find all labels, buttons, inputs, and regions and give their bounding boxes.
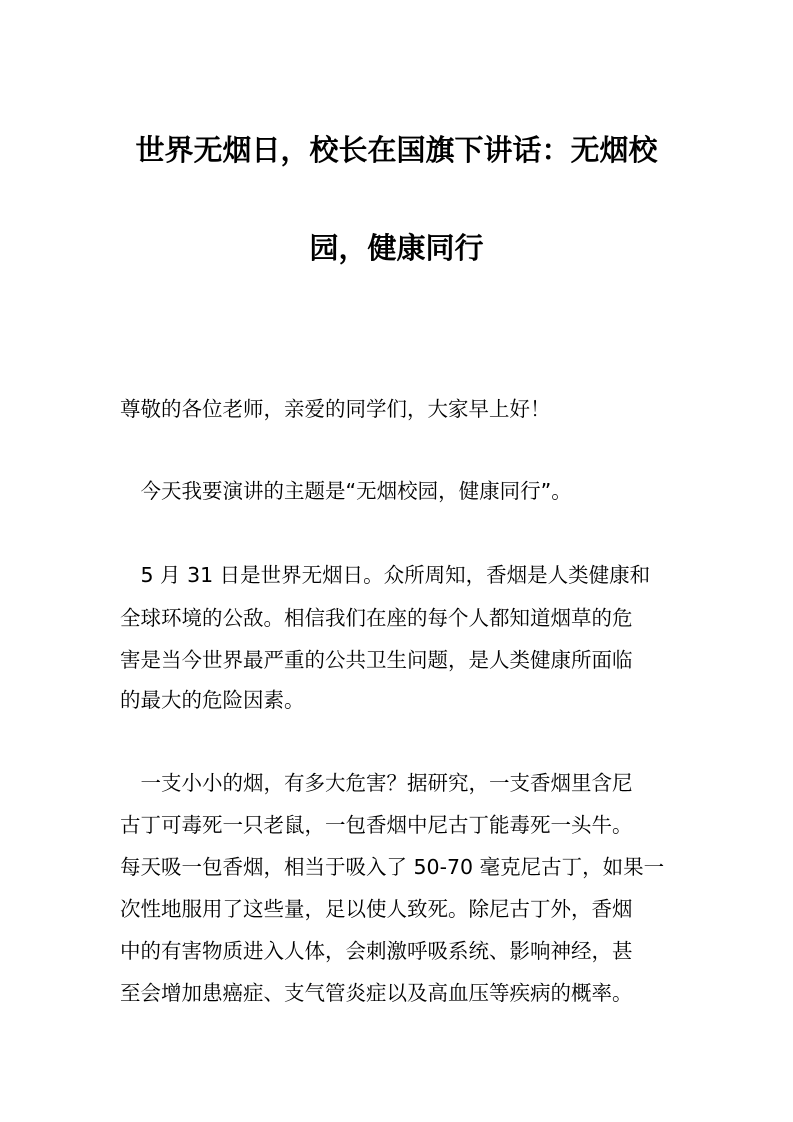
document-title-line-2: 园，健康同行 — [0, 228, 793, 268]
paragraph-4-line-2: 古丁可毒死一只老鼠，一包香烟中尼古丁能毒死一头牛。 — [120, 811, 680, 839]
document-page: 世界无烟日，校长在国旗下讲话：无烟校 园，健康同行 尊敬的各位老师，亲爱的同学们… — [0, 0, 793, 1122]
paragraph-4-line-4: 次性地服用了这些量，足以使人致死。除尼古丁外，香烟 — [120, 895, 680, 923]
greeting-paragraph: 尊敬的各位老师，亲爱的同学们，大家早上好！ — [120, 395, 680, 423]
paragraph-3-line-4: 的最大的危险因素。 — [120, 686, 680, 714]
paragraph-4-line-1: 一支小小的烟，有多大危害？据研究，一支香烟里含尼 — [120, 769, 680, 797]
paragraph-4-line-3: 每天吸一包香烟，相当于吸入了 50-70 毫克尼古丁，如果一 — [120, 853, 680, 881]
paragraph-4-line-5: 中的有害物质进入人体，会刺激呼吸系统、影响神经，甚 — [120, 937, 680, 965]
paragraph-3-line-3: 害是当今世界最严重的公共卫生问题，是人类健康所面临 — [120, 646, 680, 674]
topic-paragraph: 今天我要演讲的主题是“无烟校园，健康同行”。 — [120, 477, 680, 505]
paragraph-4-line-6: 至会增加患癌症、支气管炎症以及高血压等疾病的概率。 — [120, 979, 680, 1007]
document-title-line-1: 世界无烟日，校长在国旗下讲话：无烟校 — [0, 130, 793, 170]
paragraph-3-line-1: 5 月 31 日是世界无烟日。众所周知，香烟是人类健康和 — [120, 561, 680, 589]
paragraph-3-line-2: 全球环境的公敌。相信我们在座的每个人都知道烟草的危 — [120, 604, 680, 632]
